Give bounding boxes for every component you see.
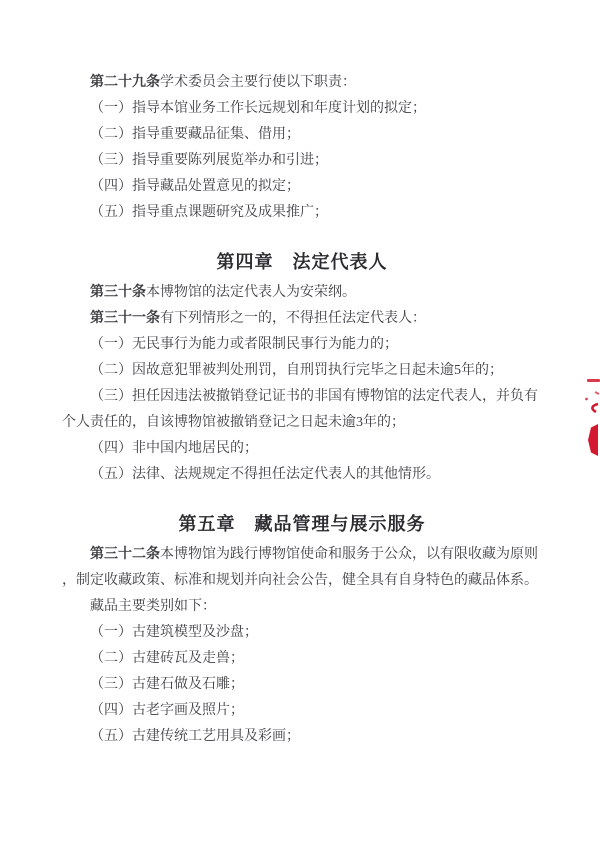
chapter-heading: 第五章 藏品管理与展示服务 xyxy=(62,510,542,538)
article-text: 本博物馆的法定代表人为安荣纲。 xyxy=(146,285,356,300)
article-paragraph: 第三十一条有下列情形之一的，不得担任法定代表人： xyxy=(62,306,542,332)
list-item: （二）古建砖瓦及走兽； xyxy=(62,646,542,672)
list-item: （二）因故意犯罪被判处刑罚，自刑罚执行完毕之日起未逾5年的； xyxy=(62,358,542,384)
list-item: （五）法律、法规规定不得担任法定代表人的其他情形。 xyxy=(62,462,542,488)
list-item: （四）古老字画及照片； xyxy=(62,698,542,724)
article-number: 第二十九条 xyxy=(90,75,160,90)
article-text: 学术委员会主要行使以下职责： xyxy=(160,75,356,90)
article-number: 第三十二条 xyxy=(90,547,160,562)
red-underline-dash-icon xyxy=(587,379,600,382)
article-paragraph: 第三十条本博物馆的法定代表人为安荣纲。 xyxy=(62,280,542,306)
list-item: （四）指导藏品处置意见的拟定； xyxy=(62,174,542,200)
list-item: （二）指导重要藏品征集、借用； xyxy=(62,122,542,148)
list-item: （五）指导重点课题研究及成果推广； xyxy=(62,200,542,226)
article-paragraph: 第三十二条本博物馆为践行博物馆使命和服务于公众，以有限收藏为原则，制定收藏政策、… xyxy=(62,542,542,594)
list-item: （三）担任因违法被撤销登记证书的非国有博物馆的法定代表人，并负有个人责任的，自该… xyxy=(62,384,542,436)
article-number: 第三十条 xyxy=(90,285,146,300)
red-flag-marker-icon xyxy=(588,424,598,456)
list-item: （四）非中国内地居民的； xyxy=(62,436,542,462)
red-handwriting-fragment-icon xyxy=(583,390,600,416)
list-item: （五）古建传统工艺用具及彩画； xyxy=(62,724,542,750)
list-item: （一）无民事行为能力或者限制民事行为能力的； xyxy=(62,332,542,358)
list-item: （三）指导重要陈列展览举办和引进； xyxy=(62,148,542,174)
article-paragraph: 第二十九条学术委员会主要行使以下职责： xyxy=(62,70,542,96)
document-page: 第二十九条学术委员会主要行使以下职责： （一）指导本馆业务工作长远规划和年度计划… xyxy=(0,0,600,848)
article-text: 有下列情形之一的，不得担任法定代表人： xyxy=(160,311,426,326)
article-number: 第三十一条 xyxy=(90,311,160,326)
list-item: （一）古建筑模型及沙盘； xyxy=(62,620,542,646)
list-item: （一）指导本馆业务工作长远规划和年度计划的拟定； xyxy=(62,96,542,122)
list-item: 藏品主要类别如下： xyxy=(62,594,542,620)
list-item: （三）古建石做及石雕； xyxy=(62,672,542,698)
document-content: 第二十九条学术委员会主要行使以下职责： （一）指导本馆业务工作长远规划和年度计划… xyxy=(0,0,600,750)
chapter-heading: 第四章 法定代表人 xyxy=(62,248,542,276)
